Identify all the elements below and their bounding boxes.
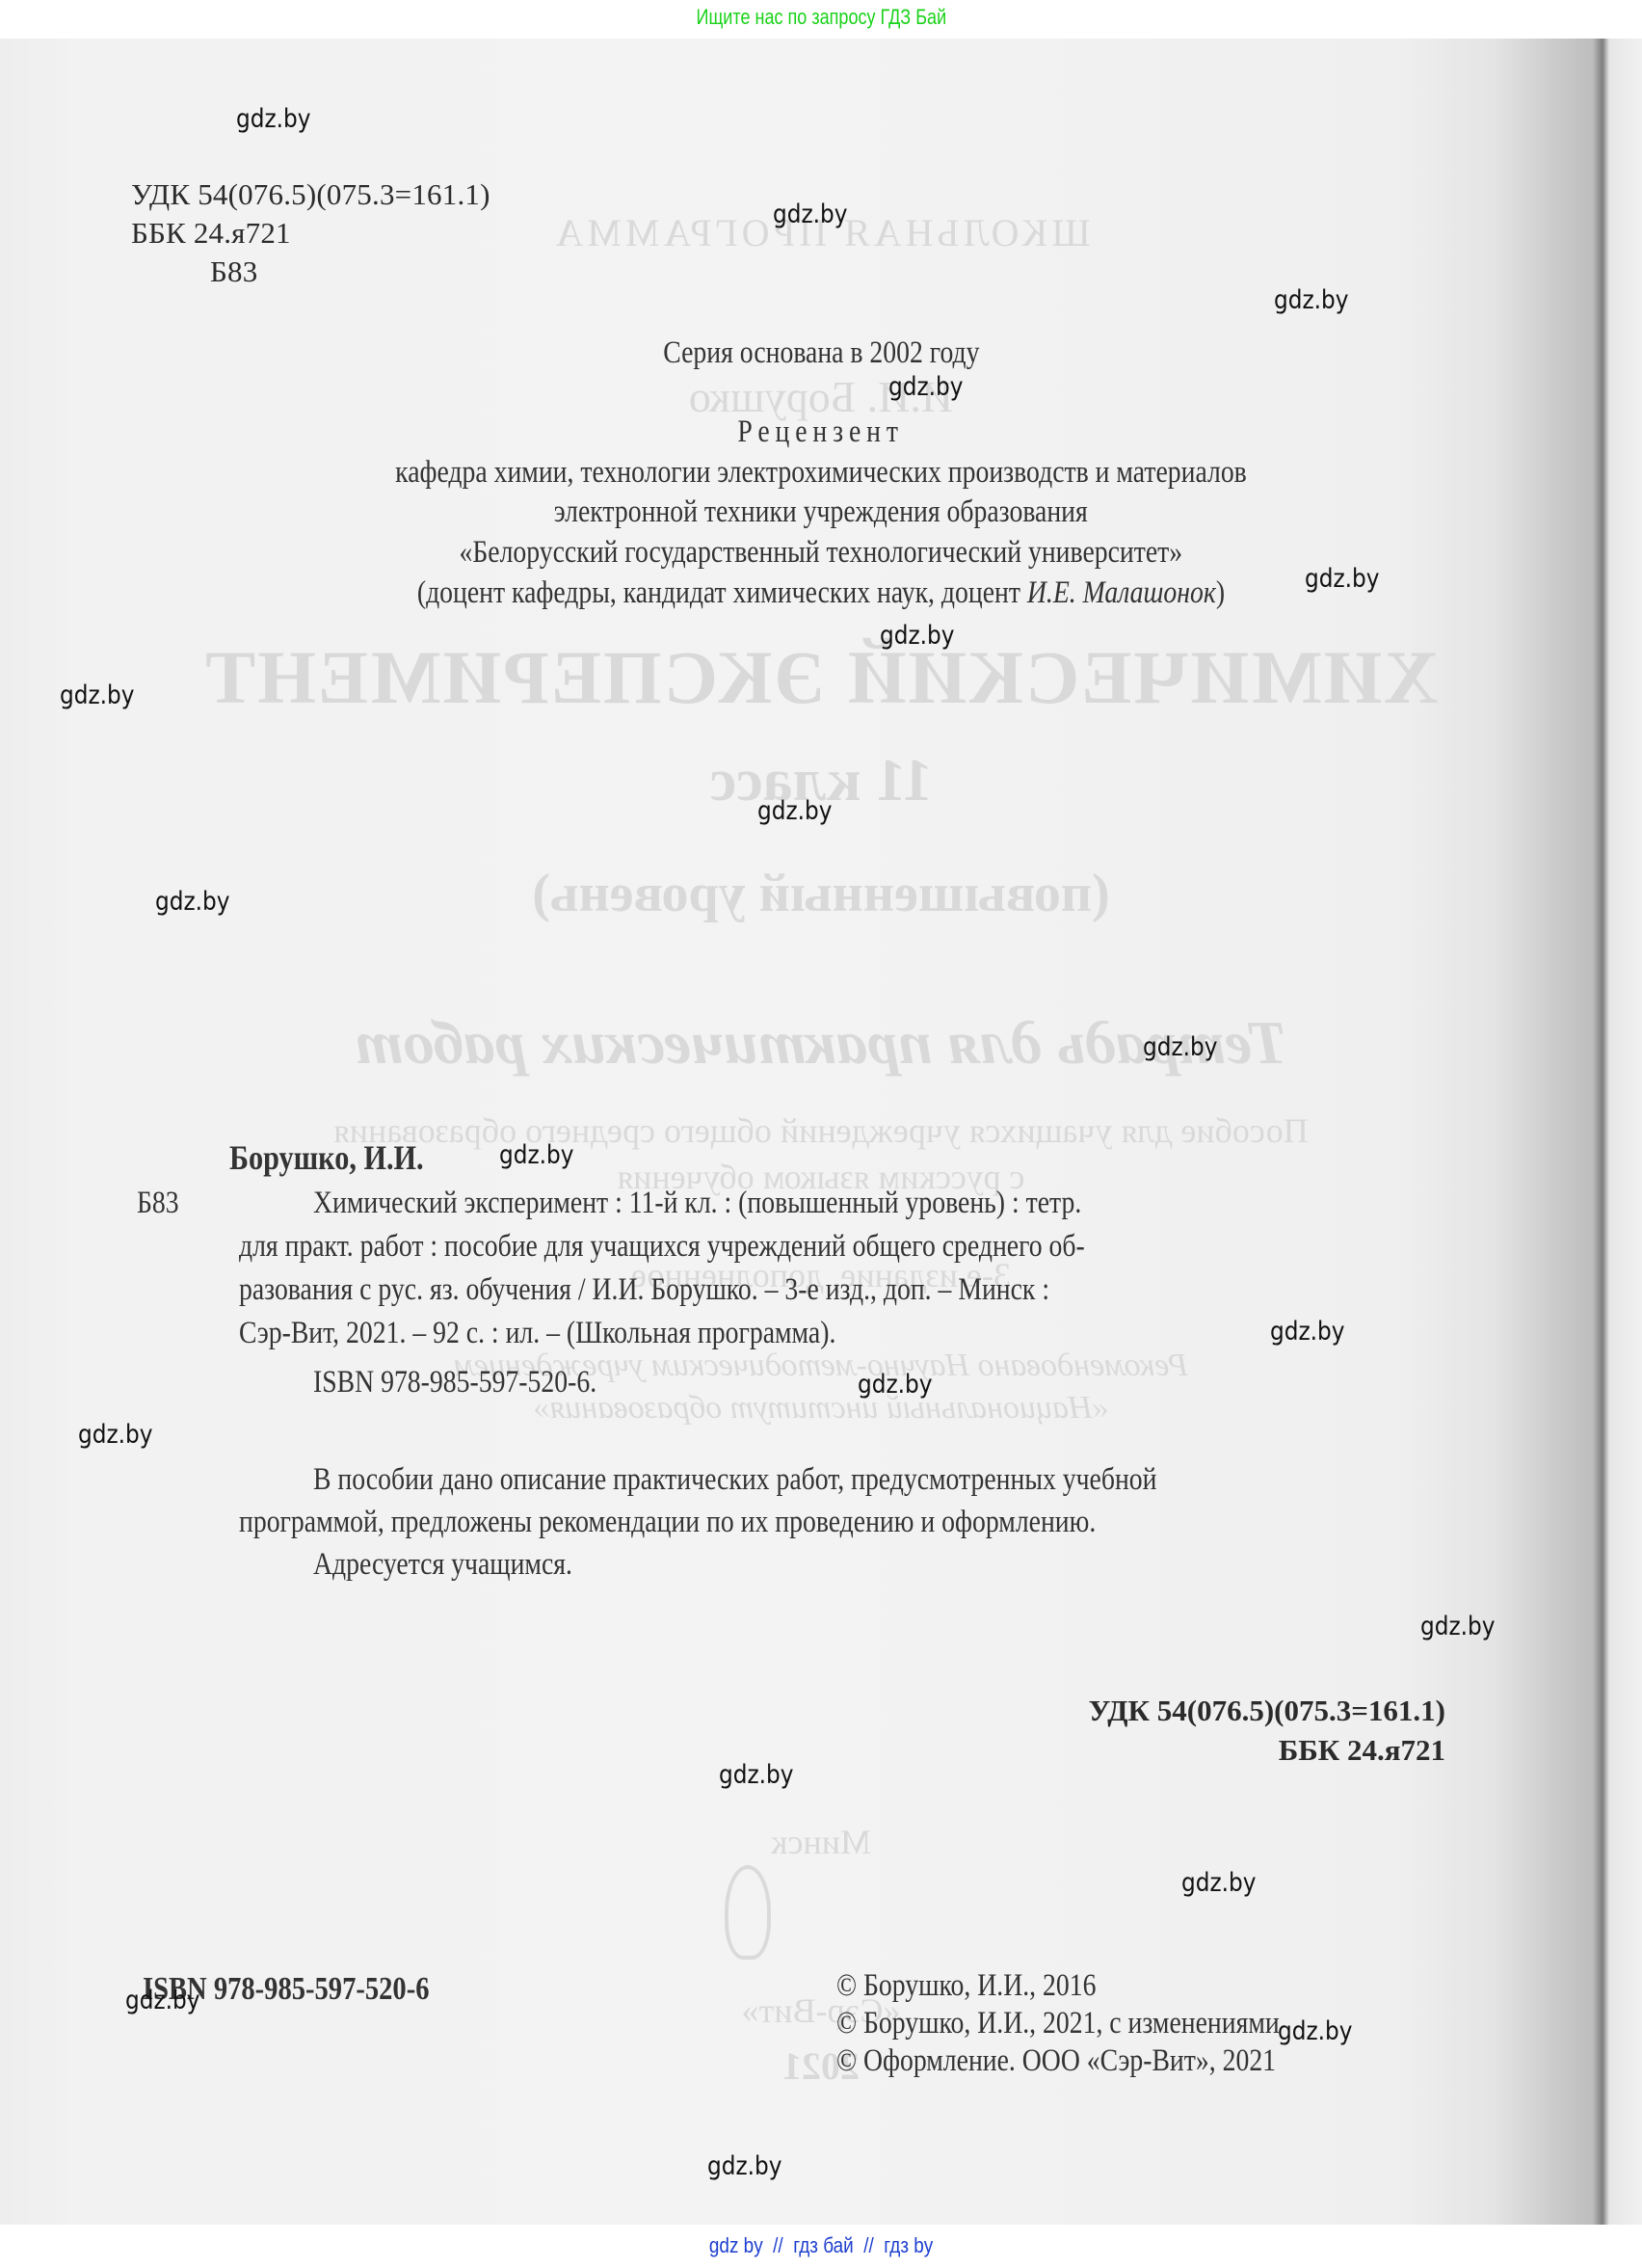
catalog-mark: Б83: [137, 1186, 179, 1221]
watermark: gdz.by: [880, 621, 955, 651]
copyright-2: © Борушко, И.И., 2021, с изменениями: [836, 2006, 1280, 2041]
copyright-1: © Борушко, И.И., 2016: [836, 1968, 1096, 2004]
catalog-line-4: Сэр-Вит, 2021. – 92 с. : ил. – (Школьная…: [239, 1316, 1371, 1351]
reviewer-line-2: электронной техники учреждения образован…: [0, 494, 1642, 530]
watermark: gdz.by: [60, 680, 135, 710]
watermark: gdz.by: [1305, 564, 1380, 594]
top-banner: Ищите нас по запросу ГДЗ Бай: [0, 0, 1642, 39]
watermark: gdz.by: [1274, 285, 1349, 315]
reviewer-line-3: «Белорусский государственный технологиче…: [0, 535, 1642, 571]
ghost-year: 2021: [0, 2043, 1642, 2089]
reviewer-line-1: кафедра химии, технологии электрохимичес…: [0, 455, 1642, 491]
promo-link[interactable]: Ищите нас по запросу ГДЗ Бай: [696, 5, 946, 30]
watermark: gdz.by: [719, 1760, 794, 1790]
watermark: gdz.by: [773, 200, 848, 229]
catalog-author: Борушко, И.И.: [229, 1137, 424, 1178]
header-udk: УДК 54(076.5)(075.3=161.1): [131, 175, 490, 214]
annotation-line-2: программой, предложены рекомендации по и…: [239, 1505, 1371, 1540]
footer-udk: УДК 54(076.5)(075.3=161.1): [1089, 1694, 1445, 1728]
bottom-banner: gdz by // гдз бай // гдз by: [0, 2225, 1642, 2268]
ghost-subtitle: Тетрадь для практических работ: [0, 1007, 1642, 1079]
reviewer-name: И.Е. Малашонок: [1027, 575, 1216, 610]
watermark: gdz.by: [78, 1420, 153, 1450]
catalog-line-2: для практ. работ : пособие для учащихся …: [239, 1229, 1371, 1265]
watermark: gdz.by: [757, 796, 833, 826]
watermark: gdz.by: [858, 1370, 933, 1400]
watermark: gdz.by: [155, 887, 230, 917]
footer-bbk: ББК 24.я721: [1279, 1733, 1445, 1768]
watermark: gdz.by: [1278, 2016, 1353, 2046]
ghost-publisher-logo-icon: [725, 1865, 771, 1960]
watermark: gdz.by: [125, 1986, 200, 2015]
ghost-level: (повышенный уровень): [0, 863, 1642, 924]
bottom-links[interactable]: gdz by // гдз бай // гдз by: [709, 2233, 933, 2258]
copyright-3: © Оформление. ООО «Сэр-Вит», 2021: [836, 2043, 1276, 2079]
reviewer-detail: (доцент кафедры, кандидат химических нау…: [0, 575, 1642, 611]
watermark: gdz.by: [499, 1140, 574, 1170]
watermark: gdz.by: [236, 104, 311, 134]
header-bbk: ББК 24.я721: [131, 214, 291, 253]
catalog-line-1: Химический эксперимент : 11-й кл. : (пов…: [313, 1186, 1445, 1221]
watermark: gdz.by: [1420, 1612, 1496, 1641]
reviewer-heading: Рецензент: [0, 414, 1642, 450]
watermark: gdz.by: [888, 372, 964, 402]
scanned-page: ШКОЛЬНАЯ ПРОГРАММА И.И. Борушко ХИМИЧЕСК…: [0, 39, 1642, 2225]
annotation-audience: Адресуется учащимся.: [313, 1547, 1445, 1583]
header-author-mark: Б83: [210, 253, 257, 291]
watermark: gdz.by: [707, 2151, 782, 2181]
series-note: Серия основана в 2002 году: [0, 335, 1642, 371]
ghost-title: ХИМИЧЕСКИЙ ЭКСПЕРИМЕНТ: [0, 634, 1642, 721]
watermark: gdz.by: [1143, 1032, 1218, 1062]
catalog-line-3: разования с рус. яз. обучения / И.И. Бор…: [239, 1272, 1371, 1308]
ghost-city: Минск: [0, 1822, 1642, 1862]
watermark: gdz.by: [1181, 1868, 1257, 1898]
watermark: gdz.by: [1270, 1317, 1345, 1347]
annotation-line-1: В пособии дано описание практических раб…: [313, 1462, 1445, 1498]
